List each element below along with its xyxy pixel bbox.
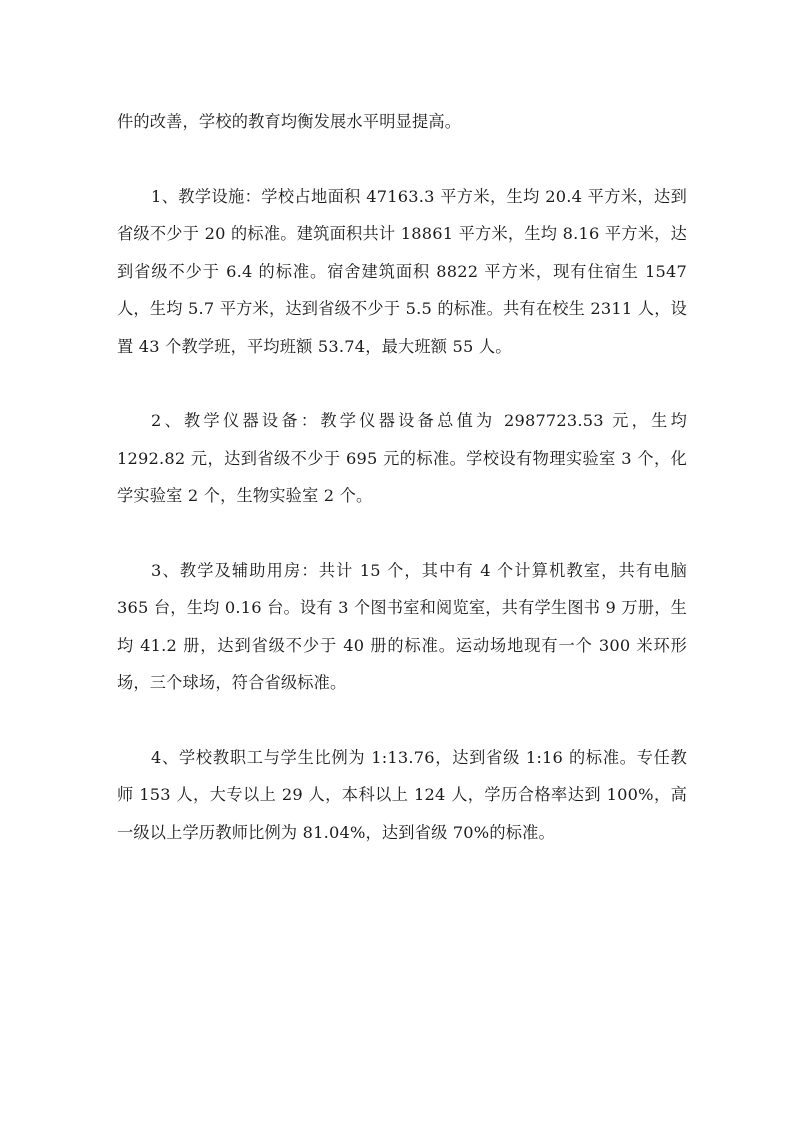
paragraph-gap	[117, 515, 687, 552]
paragraph-gap	[117, 365, 687, 402]
paragraph-gap	[117, 702, 687, 739]
paragraph-auxiliary-rooms: 3、教学及辅助用房：共计 15 个，其中有 4 个计算机教室，共有电脑 365 …	[117, 552, 687, 702]
paragraph-continuation: 件的改善，学校的教育均衡发展水平明显提高。	[117, 103, 687, 141]
paragraph-gap	[117, 141, 687, 178]
paragraph-staff-ratio: 4、学校教职工与学生比例为 1:13.76，达到省级 1:16 的标准。专任教师…	[117, 739, 687, 852]
paragraph-teaching-facilities: 1、教学设施：学校占地面积 47163.3 平方米，生均 20.4 平方米，达到…	[117, 178, 687, 366]
document-page: 件的改善，学校的教育均衡发展水平明显提高。 1、教学设施：学校占地面积 4716…	[117, 103, 687, 851]
paragraph-teaching-equipment: 2、教学仪器设备：教学仪器设备总值为 2987723.53 元，生均 1292.…	[117, 402, 687, 515]
